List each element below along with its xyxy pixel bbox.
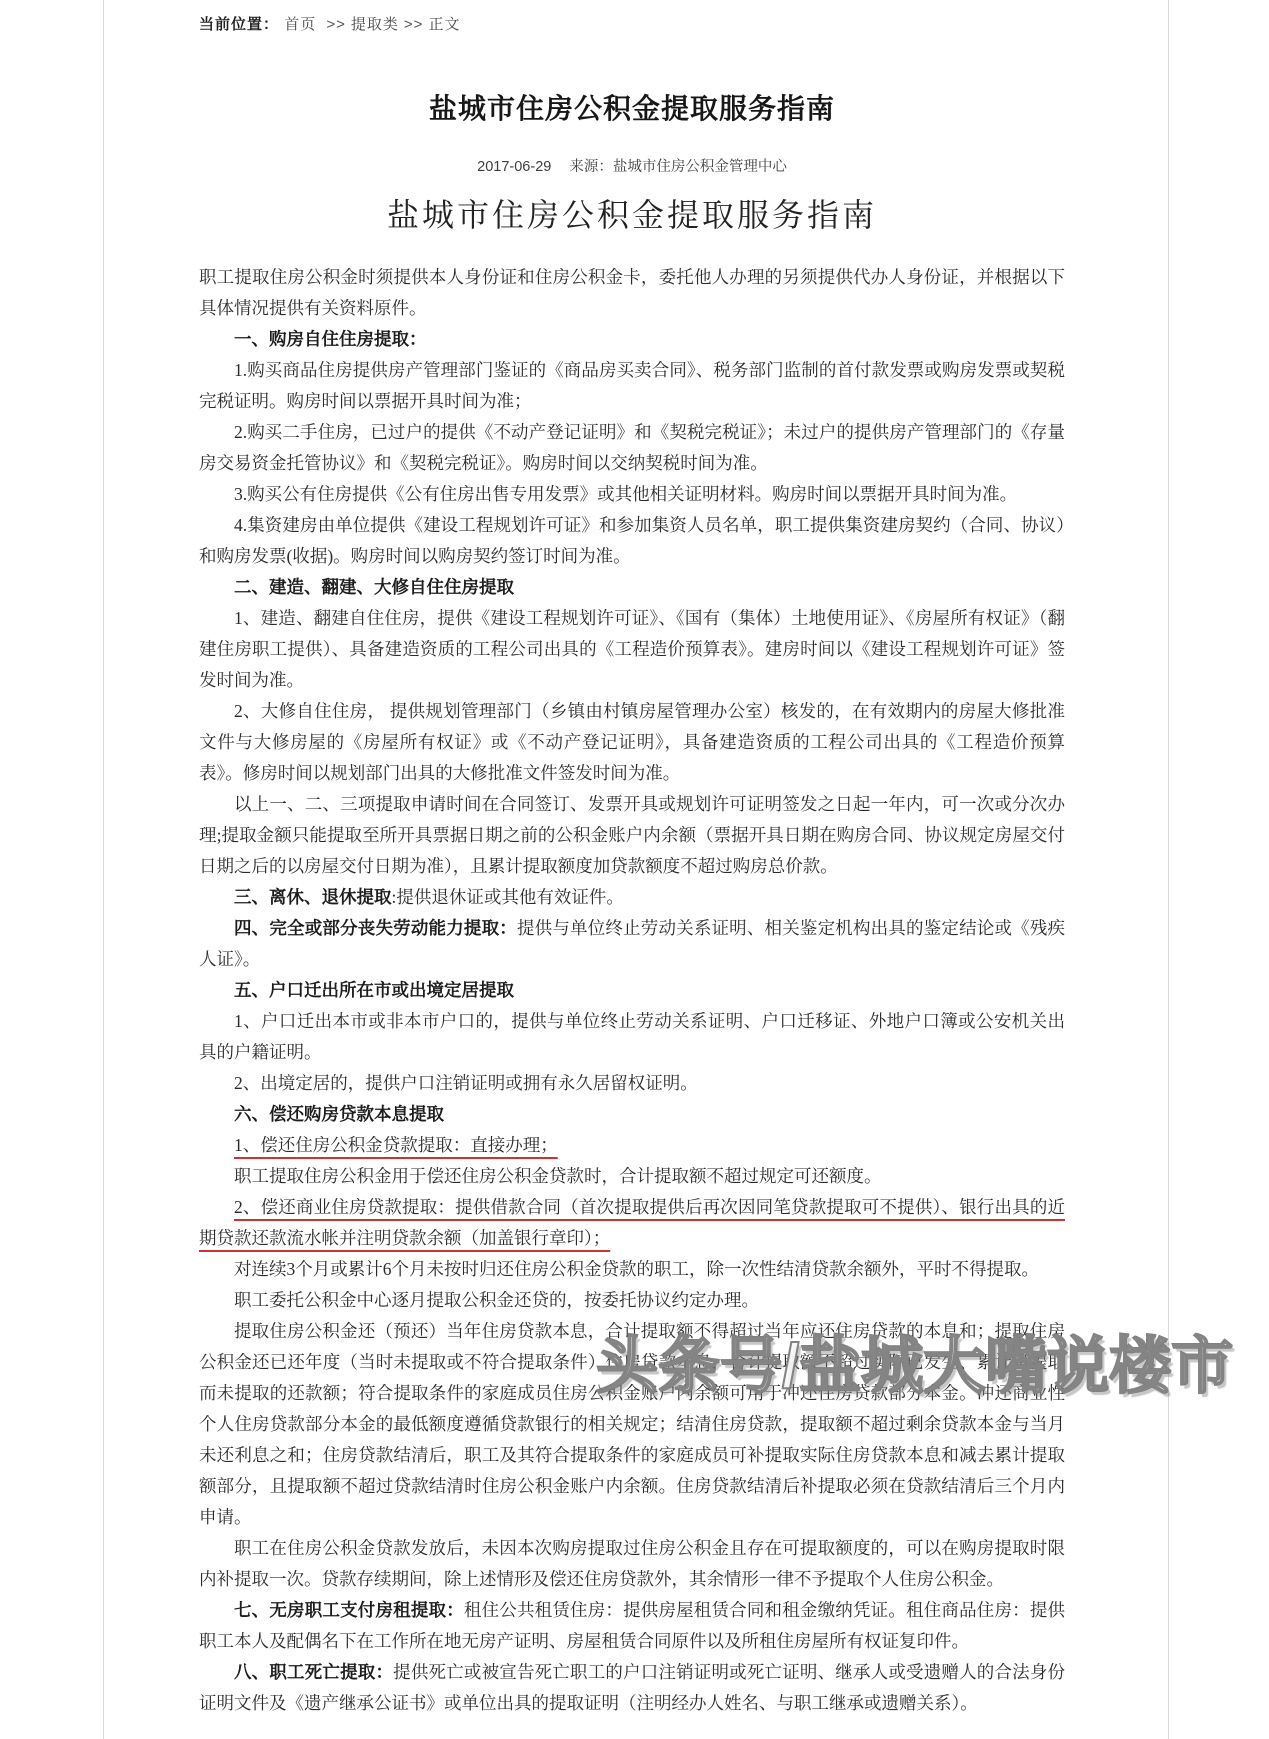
paragraph: 1.购买商品住房提供房产管理部门鉴证的《商品房买卖合同》、税务部门监制的首付款发… <box>199 355 1065 417</box>
paragraph-text: 职工提取住房公积金用于偿还住房公积金贷款时，合计提取额不超过规定可还额度。 <box>234 1166 882 1186</box>
paragraph: 四、完全或部分丧失劳动能力提取：提供与单位终止劳动关系证明、相关鉴定机构出具的鉴… <box>199 913 1065 975</box>
breadcrumb-label: 当前位置： <box>199 16 279 33</box>
section-heading: 六、偿还购房贷款本息提取 <box>199 1099 1065 1130</box>
paragraph: 2、大修自住住房， 提供规划管理部门（乡镇由村镇房屋管理办公室）核发的，在有效期… <box>199 696 1065 789</box>
paragraph: 八、职工死亡提取：提供死亡或被宣告死亡职工的户口注销证明或死亡证明、继承人或受遗… <box>199 1657 1065 1719</box>
paragraph: 职工委托公积金中心逐月提取公积金还贷的，按委托协议约定办理。 <box>199 1285 1065 1316</box>
section-lead: 四、完全或部分丧失劳动能力提取： <box>234 918 517 938</box>
paragraph: 1、户口迁出本市或非本市户口的，提供与单位终止劳动关系证明、户口迁移证、外地户口… <box>199 1006 1065 1068</box>
section-heading: 一、购房自住住房提取： <box>199 324 1065 355</box>
paragraph-text: 二、建造、翻建、大修自住住房提取 <box>234 577 514 597</box>
paragraph-text: 4.集资建房由单位提供《建设工程规划许可证》和参加集资人员名单，职工提供集资建房… <box>199 515 1065 566</box>
section-lead: 七、无房职工支付房租提取： <box>234 1600 464 1620</box>
section-heading: 五、户口迁出所在市或出境定居提取 <box>199 975 1065 1006</box>
paragraph-text: 职工委托公积金中心逐月提取公积金还贷的，按委托协议约定办理。 <box>234 1290 759 1310</box>
section-heading: 二、建造、翻建、大修自住住房提取 <box>199 572 1065 603</box>
paragraph: 4.集资建房由单位提供《建设工程规划许可证》和参加集资人员名单，职工提供集资建房… <box>199 510 1065 572</box>
left-border-line <box>103 0 104 1739</box>
paragraph: 2.购买二手住房，已过户的提供《不动产登记证明》和《契税完税证》；未过户的提供房… <box>199 417 1065 479</box>
paragraph-text: 2、大修自住住房， 提供规划管理部门（乡镇由村镇房屋管理办公室）核发的，在有效期… <box>199 701 1065 783</box>
paragraph-text: 五、户口迁出所在市或出境定居提取 <box>234 980 514 1000</box>
section-lead: 八、职工死亡提取： <box>234 1662 393 1682</box>
highlighted-paragraph: 1、偿还住房公积金贷款提取：直接办理； <box>199 1130 1065 1161</box>
breadcrumb-link-1[interactable]: 提取类 <box>351 16 399 33</box>
paragraph: 3.购买公有住房提供《公有住房出售专用发票》或其他相关证明材料。购房时间以票据开… <box>199 479 1065 510</box>
paragraph-text: 1、偿还住房公积金贷款提取：直接办理； <box>234 1135 558 1155</box>
content-area: 当前位置： 首页 >>提取类>>正文 盐城市住房公积金提取服务指南 2017-0… <box>0 0 1269 1739</box>
paragraph: 七、无房职工支付房租提取：租住公共租赁住房：提供房屋租赁合同和租金缴纳凭证。租住… <box>199 1595 1065 1657</box>
article-body: 职工提取住房公积金时须提供本人身份证和住房公积金卡，委托他人办理的另须提供代办人… <box>199 262 1065 1719</box>
paragraph: 提取住房公积金还（预还）当年住房贷款本息，合计提取额不得超过当年应还住房贷款的本… <box>199 1316 1065 1533</box>
paragraph: 以上一、二、三项提取申请时间在合同签订、发票开具或规划许可证明签发之日起一年内，… <box>199 789 1065 882</box>
page: 当前位置： 首页 >>提取类>>正文 盐城市住房公积金提取服务指南 2017-0… <box>0 0 1269 1739</box>
paragraph: 三、离休、退休提取:提供退休证或其他有效证件。 <box>199 882 1065 913</box>
article-subtitle: 盐城市住房公积金提取服务指南 <box>199 190 1065 236</box>
paragraph-text: 3.购买公有住房提供《公有住房出售专用发票》或其他相关证明材料。购房时间以票据开… <box>234 484 1017 504</box>
paragraph: 2、出境定居的，提供户口注销证明或拥有永久居留权证明。 <box>199 1068 1065 1099</box>
paragraph: 职工在住房公积金贷款发放后，未因本次购房提取过住房公积金且存在可提取额度的，可以… <box>199 1533 1065 1595</box>
paragraph-text: 2、偿还商业住房贷款提取：提供借款合同（首次提取提供后再次因同笔贷款提取可不提供… <box>199 1197 1065 1248</box>
paragraph: 职工提取住房公积金用于偿还住房公积金贷款时，合计提取额不超过规定可还额度。 <box>199 1161 1065 1192</box>
paragraph-text: 六、偿还购房贷款本息提取 <box>234 1104 444 1124</box>
paragraph-text: 职工在住房公积金贷款发放后，未因本次购房提取过住房公积金且存在可提取额度的，可以… <box>199 1538 1065 1589</box>
meta-line: 2017-06-29来源：盐城市住房公积金管理中心 <box>199 155 1065 176</box>
page-title: 盐城市住房公积金提取服务指南 <box>199 87 1065 127</box>
paragraph-text: 2、出境定居的，提供户口注销证明或拥有永久居留权证明。 <box>234 1073 698 1093</box>
section-lead: 三、离休、退休提取 <box>234 887 392 907</box>
paragraph-text: 对连续3个月或累计6个月未按时归还住房公积金贷款的职工，除一次性结清贷款余额外，… <box>234 1259 1039 1279</box>
breadcrumb-separator: >> <box>404 16 424 33</box>
breadcrumb-separator: >> <box>326 16 346 33</box>
paragraph-text: 提取住房公积金还（预还）当年住房贷款本息，合计提取额不得超过当年应还住房贷款的本… <box>199 1321 1065 1527</box>
breadcrumb: 当前位置： 首页 >>提取类>>正文 <box>199 13 1065 34</box>
breadcrumb-link-2[interactable]: 正文 <box>428 16 460 33</box>
right-border-line <box>1168 0 1169 1739</box>
paragraph-text: 以上一、二、三项提取申请时间在合同签订、发票开具或规划许可证明签发之日起一年内，… <box>199 794 1065 876</box>
paragraph: 对连续3个月或累计6个月未按时归还住房公积金贷款的职工，除一次性结清贷款余额外，… <box>199 1254 1065 1285</box>
paragraph-text: 1.购买商品住房提供房产管理部门鉴证的《商品房买卖合同》、税务部门监制的首付款发… <box>199 360 1065 411</box>
paragraph-text: 1、户口迁出本市或非本市户口的，提供与单位终止劳动关系证明、户口迁移证、外地户口… <box>199 1011 1065 1062</box>
paragraph-text: 一、购房自住住房提取： <box>234 329 427 349</box>
paragraph-text: 职工提取住房公积金时须提供本人身份证和住房公积金卡，委托他人办理的另须提供代办人… <box>199 267 1065 318</box>
paragraph-text: 2.购买二手住房，已过户的提供《不动产登记证明》和《契税完税证》；未过户的提供房… <box>199 422 1065 473</box>
paragraph: 职工提取住房公积金时须提供本人身份证和住房公积金卡，委托他人办理的另须提供代办人… <box>199 262 1065 324</box>
breadcrumb-link-0[interactable]: 首页 <box>284 16 316 33</box>
paragraph: 1、建造、翻建自住住房，提供《建设工程规划许可证》、《国有（集体）土地使用证》、… <box>199 603 1065 696</box>
paragraph-text: 1、建造、翻建自住住房，提供《建设工程规划许可证》、《国有（集体）土地使用证》、… <box>199 608 1065 690</box>
publish-date: 2017-06-29 <box>477 159 551 175</box>
highlighted-paragraph: 2、偿还商业住房贷款提取：提供借款合同（首次提取提供后再次因同笔贷款提取可不提供… <box>199 1192 1065 1254</box>
paragraph-text: :提供退休证或其他有效证件。 <box>392 887 624 907</box>
source-label: 来源：盐城市住房公积金管理中心 <box>569 159 787 175</box>
